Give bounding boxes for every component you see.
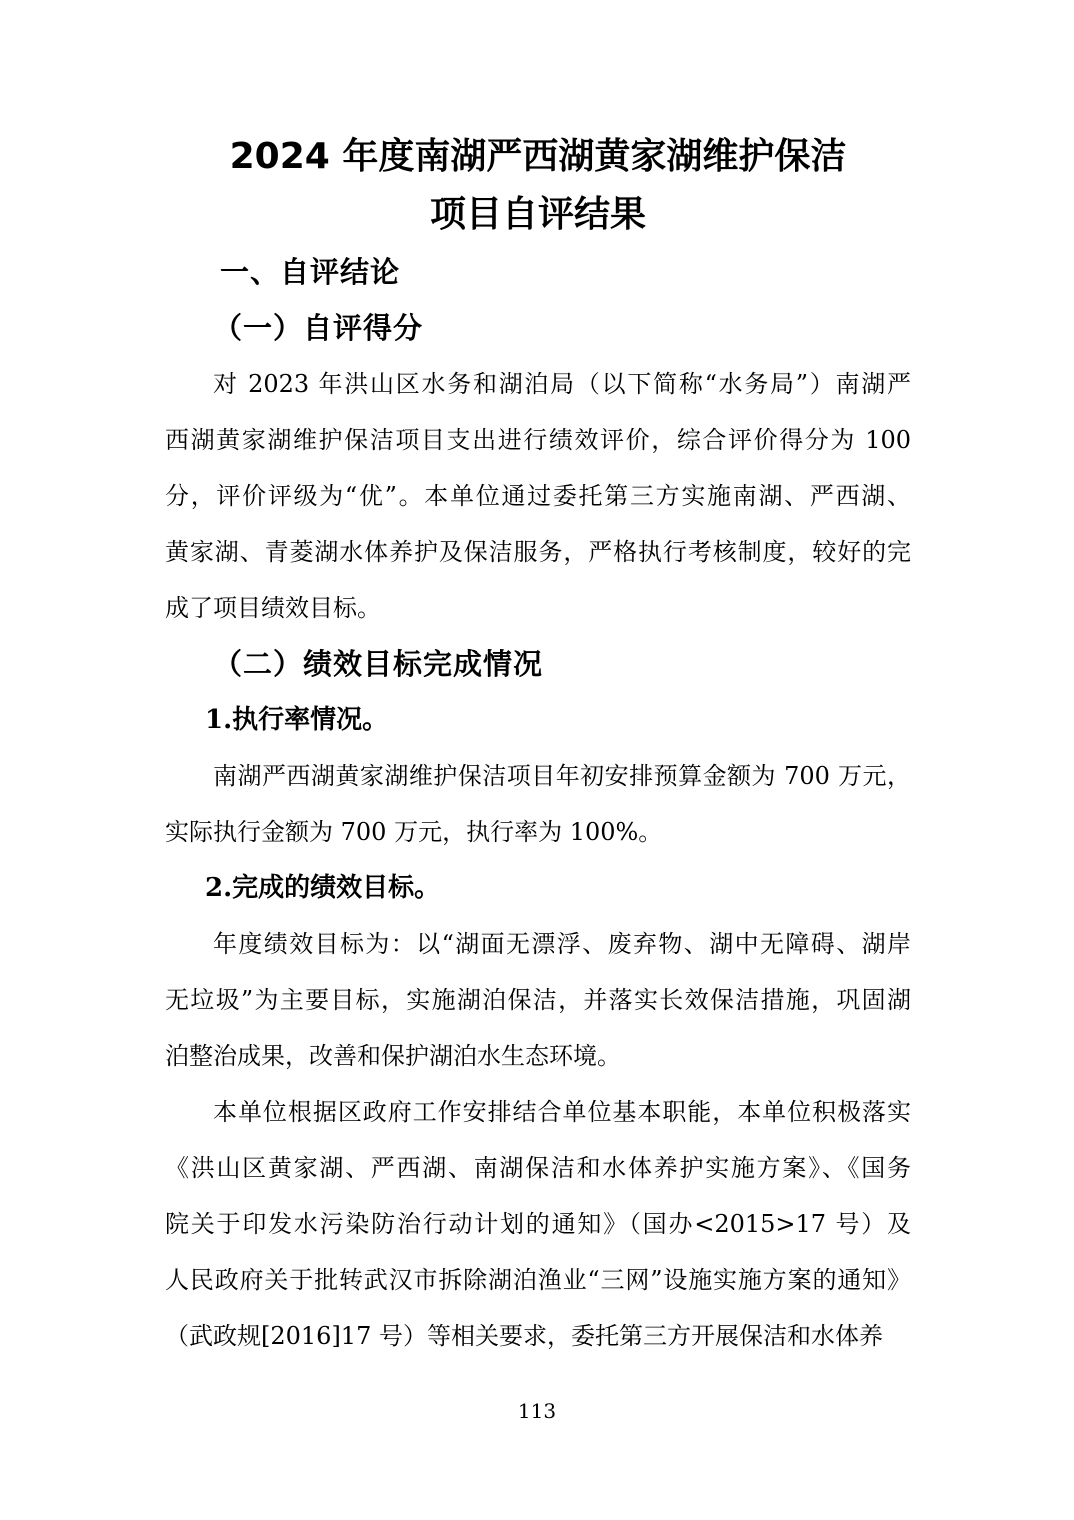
document-line: 《洪山区黄家湖、严西湖、南湖保洁和水体养护实施方案》、《国务 [165,1140,911,1196]
document-line: 人民政府关于批转武汉市拆除湖泊渔业“三网”设施实施方案的通知》 [165,1252,911,1308]
paragraph-execution-rate-detail: 南湖严西湖黄家湖维护保洁项目年初安排预算金额为 700 万元，实际执行金额为 7… [165,748,911,860]
document-line: 成了项目绩效目标。 [165,580,911,636]
paragraph-annual-performance-targets: 年度绩效目标为：以“湖面无漂浮、废弃物、湖中无障碍、湖岸无垃圾”为主要目标，实施… [165,916,911,1084]
document-title: 2024 年度南湖严西湖黄家湖维护保洁 项目自评结果 [165,128,911,244]
page-number: 113 [0,1396,1074,1426]
document-line: 年度绩效目标为：以“湖面无漂浮、废弃物、湖中无障碍、湖岸 [165,916,911,972]
document-line: 黄家湖、青菱湖水体养护及保洁服务，严格执行考核制度，较好的完 [165,524,911,580]
document-line: 本单位根据区政府工作安排结合单位基本职能，本单位积极落实 [165,1084,911,1140]
heading-completed-performance-targets: 2.完成的绩效目标。 [165,860,911,916]
heading-performance-target-completion: （二）绩效目标完成情况 [165,636,911,692]
document-title-line-2: 项目自评结果 [165,186,911,244]
document-line: 无垃圾”为主要目标，实施湖泊保洁，并落实长效保洁措施，巩固湖 [165,972,911,1028]
document-title-line-1: 2024 年度南湖严西湖黄家湖维护保洁 [165,128,911,186]
document-line: 泊整治成果，改善和保护湖泊水生态环境。 [165,1028,911,1084]
document-line: 分，评价评级为“优”。本单位通过委托第三方实施南湖、严西湖、 [165,468,911,524]
document-content: 2024 年度南湖严西湖黄家湖维护保洁 项目自评结果 一、自评结论 （一）自评得… [165,128,911,1364]
paragraph-evaluation-summary: 对 2023 年洪山区水务和湖泊局（以下简称“水务局”）南湖严西湖黄家湖维护保洁… [165,356,911,636]
heading-self-evaluation-conclusion: 一、自评结论 [165,244,911,300]
document-line: 院关于印发水污染防治行动计划的通知》（国办<2015>17 号）及《市 [165,1196,911,1252]
document-line: 西湖黄家湖维护保洁项目支出进行绩效评价，综合评价得分为 100 [165,412,911,468]
heading-self-evaluation-score: （一）自评得分 [165,300,911,356]
document-line: （武政规[2016]17 号）等相关要求，委托第三方开展保洁和水体养 [165,1308,911,1364]
heading-execution-rate: 1.执行率情况。 [165,692,911,748]
paragraph-implementation-basis: 本单位根据区政府工作安排结合单位基本职能，本单位积极落实《洪山区黄家湖、严西湖、… [165,1084,911,1364]
document-line: 对 2023 年洪山区水务和湖泊局（以下简称“水务局”）南湖严 [165,356,911,412]
document-page: 2024 年度南湖严西湖黄家湖维护保洁 项目自评结果 一、自评结论 （一）自评得… [0,0,1074,1520]
document-line: 实际执行金额为 700 万元，执行率为 100%。 [165,804,911,860]
document-line: 南湖严西湖黄家湖维护保洁项目年初安排预算金额为 700 万元， [165,748,911,804]
